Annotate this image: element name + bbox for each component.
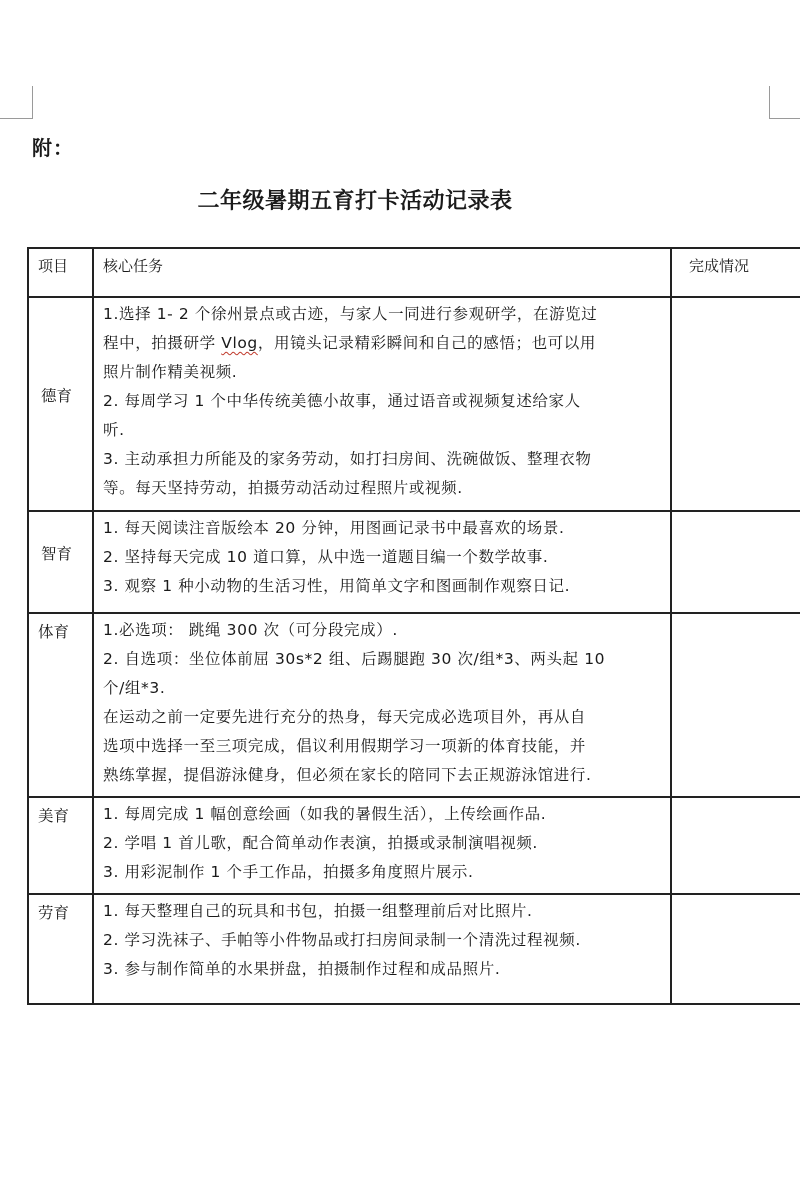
- task-line: 3. 用彩泥制作 1 个手工作品，拍摄多角度照片展示.: [103, 858, 664, 887]
- table-row-aesthetic-education: 美育 1. 每周完成 1 幅创意绘画（如我的暑假生活），上传绘画作品. 2. 学…: [28, 797, 800, 894]
- tasks-cell: 1.必选项： 跳绳 300 次（可分段完成）. 2. 自选项：坐位体前屈 30s…: [93, 613, 671, 797]
- task-line: 在运动之前一定要先进行充分的热身，每天完成必选项目外，再从自: [103, 703, 664, 732]
- task-line: 2. 学唱 1 首儿歌，配合简单动作表演，拍摄或录制演唱视频.: [103, 829, 664, 858]
- table-row-labor-education: 劳育 1. 每天整理自己的玩具和书包，拍摄一组整理前后对比照片. 2. 学习洗袜…: [28, 894, 800, 1004]
- spellcheck-flagged-word: Vlog: [221, 334, 258, 352]
- completion-cell[interactable]: [671, 894, 800, 1004]
- completion-cell[interactable]: [671, 297, 800, 511]
- table-row-intellectual-education: 智育 1. 每天阅读注音版绘本 20 分钟，用图画记录书中最喜欢的场景. 2. …: [28, 511, 800, 613]
- category-cell: 劳育: [28, 894, 93, 1004]
- completion-cell[interactable]: [671, 511, 800, 613]
- task-line: 照片制作精美视频.: [103, 358, 664, 387]
- task-text: ，用镜头记录精彩瞬间和自己的感悟；也可以用: [258, 334, 596, 352]
- task-line: 3. 主动承担力所能及的家务劳动，如打扫房间、洗碗做饭、整理衣物: [103, 445, 664, 474]
- tasks-cell: 1.选择 1- 2 个徐州景点或古迹，与家人一同进行参观研学，在游览过 程中，拍…: [93, 297, 671, 511]
- header-category: 项目: [28, 248, 93, 297]
- task-line: 程中，拍摄研学 Vlog，用镜头记录精彩瞬间和自己的感悟；也可以用: [103, 329, 664, 358]
- task-text: 程中，拍摄研学: [103, 334, 221, 352]
- tasks-cell: 1. 每天整理自己的玩具和书包，拍摄一组整理前后对比照片. 2. 学习洗袜子、手…: [93, 894, 671, 1004]
- category-cell: 智育: [28, 511, 93, 613]
- document-title: 二年级暑期五育打卡活动记录表: [0, 184, 710, 215]
- task-line: 1. 每天整理自己的玩具和书包，拍摄一组整理前后对比照片.: [103, 897, 664, 926]
- task-line: 1. 每天阅读注音版绘本 20 分钟，用图画记录书中最喜欢的场景.: [103, 514, 664, 543]
- task-line: 3. 参与制作简单的水果拼盘，拍摄制作过程和成品照片.: [103, 955, 664, 984]
- table-row-physical-education: 体育 1.必选项： 跳绳 300 次（可分段完成）. 2. 自选项：坐位体前屈 …: [28, 613, 800, 797]
- task-line: 等。每天坚持劳动，拍摄劳动活动过程照片或视频.: [103, 474, 664, 503]
- tasks-cell: 1. 每周完成 1 幅创意绘画（如我的暑假生活），上传绘画作品. 2. 学唱 1…: [93, 797, 671, 894]
- task-line: 3. 观察 1 种小动物的生活习性，用简单文字和图画制作观察日记.: [103, 572, 664, 601]
- task-line: 2. 学习洗袜子、手帕等小件物品或打扫房间录制一个清洗过程视频.: [103, 926, 664, 955]
- tasks-cell: 1. 每天阅读注音版绘本 20 分钟，用图画记录书中最喜欢的场景. 2. 坚持每…: [93, 511, 671, 613]
- page-corner-mark-top-left: [0, 86, 33, 119]
- category-cell: 体育: [28, 613, 93, 797]
- task-line: 1. 每周完成 1 幅创意绘画（如我的暑假生活），上传绘画作品.: [103, 800, 664, 829]
- header-core-tasks: 核心任务: [93, 248, 671, 297]
- header-completion: 完成情况: [671, 248, 800, 297]
- appendix-label: 附：: [32, 132, 74, 161]
- category-cell: 美育: [28, 797, 93, 894]
- category-cell: 德育: [28, 297, 93, 511]
- completion-cell[interactable]: [671, 613, 800, 797]
- task-line: 2. 坚持每天完成 10 道口算，从中选一道题目编一个数学故事.: [103, 543, 664, 572]
- table-row-moral-education: 德育 1.选择 1- 2 个徐州景点或古迹，与家人一同进行参观研学，在游览过 程…: [28, 297, 800, 511]
- task-line: 听.: [103, 416, 664, 445]
- activity-record-table: 项目 核心任务 完成情况 德育 1.选择 1- 2 个徐州景点或古迹，与家人一同…: [27, 247, 800, 1005]
- page-corner-mark-top-right: [769, 86, 800, 119]
- table-header-row: 项目 核心任务 完成情况: [28, 248, 800, 297]
- task-line: 2. 自选项：坐位体前屈 30s*2 组、后踢腿跑 30 次/组*3、两头起 1…: [103, 645, 664, 674]
- task-line: 1.选择 1- 2 个徐州景点或古迹，与家人一同进行参观研学，在游览过: [103, 300, 664, 329]
- completion-cell[interactable]: [671, 797, 800, 894]
- task-line: 1.必选项： 跳绳 300 次（可分段完成）.: [103, 616, 664, 645]
- task-line: 选项中选择一至三项完成，倡议利用假期学习一项新的体育技能，并: [103, 732, 664, 761]
- task-line: 熟练掌握，提倡游泳健身，但必须在家长的陪同下去正规游泳馆进行.: [103, 761, 664, 790]
- task-line: 2. 每周学习 1 个中华传统美德小故事，通过语音或视频复述给家人: [103, 387, 664, 416]
- task-line: 个/组*3.: [103, 674, 664, 703]
